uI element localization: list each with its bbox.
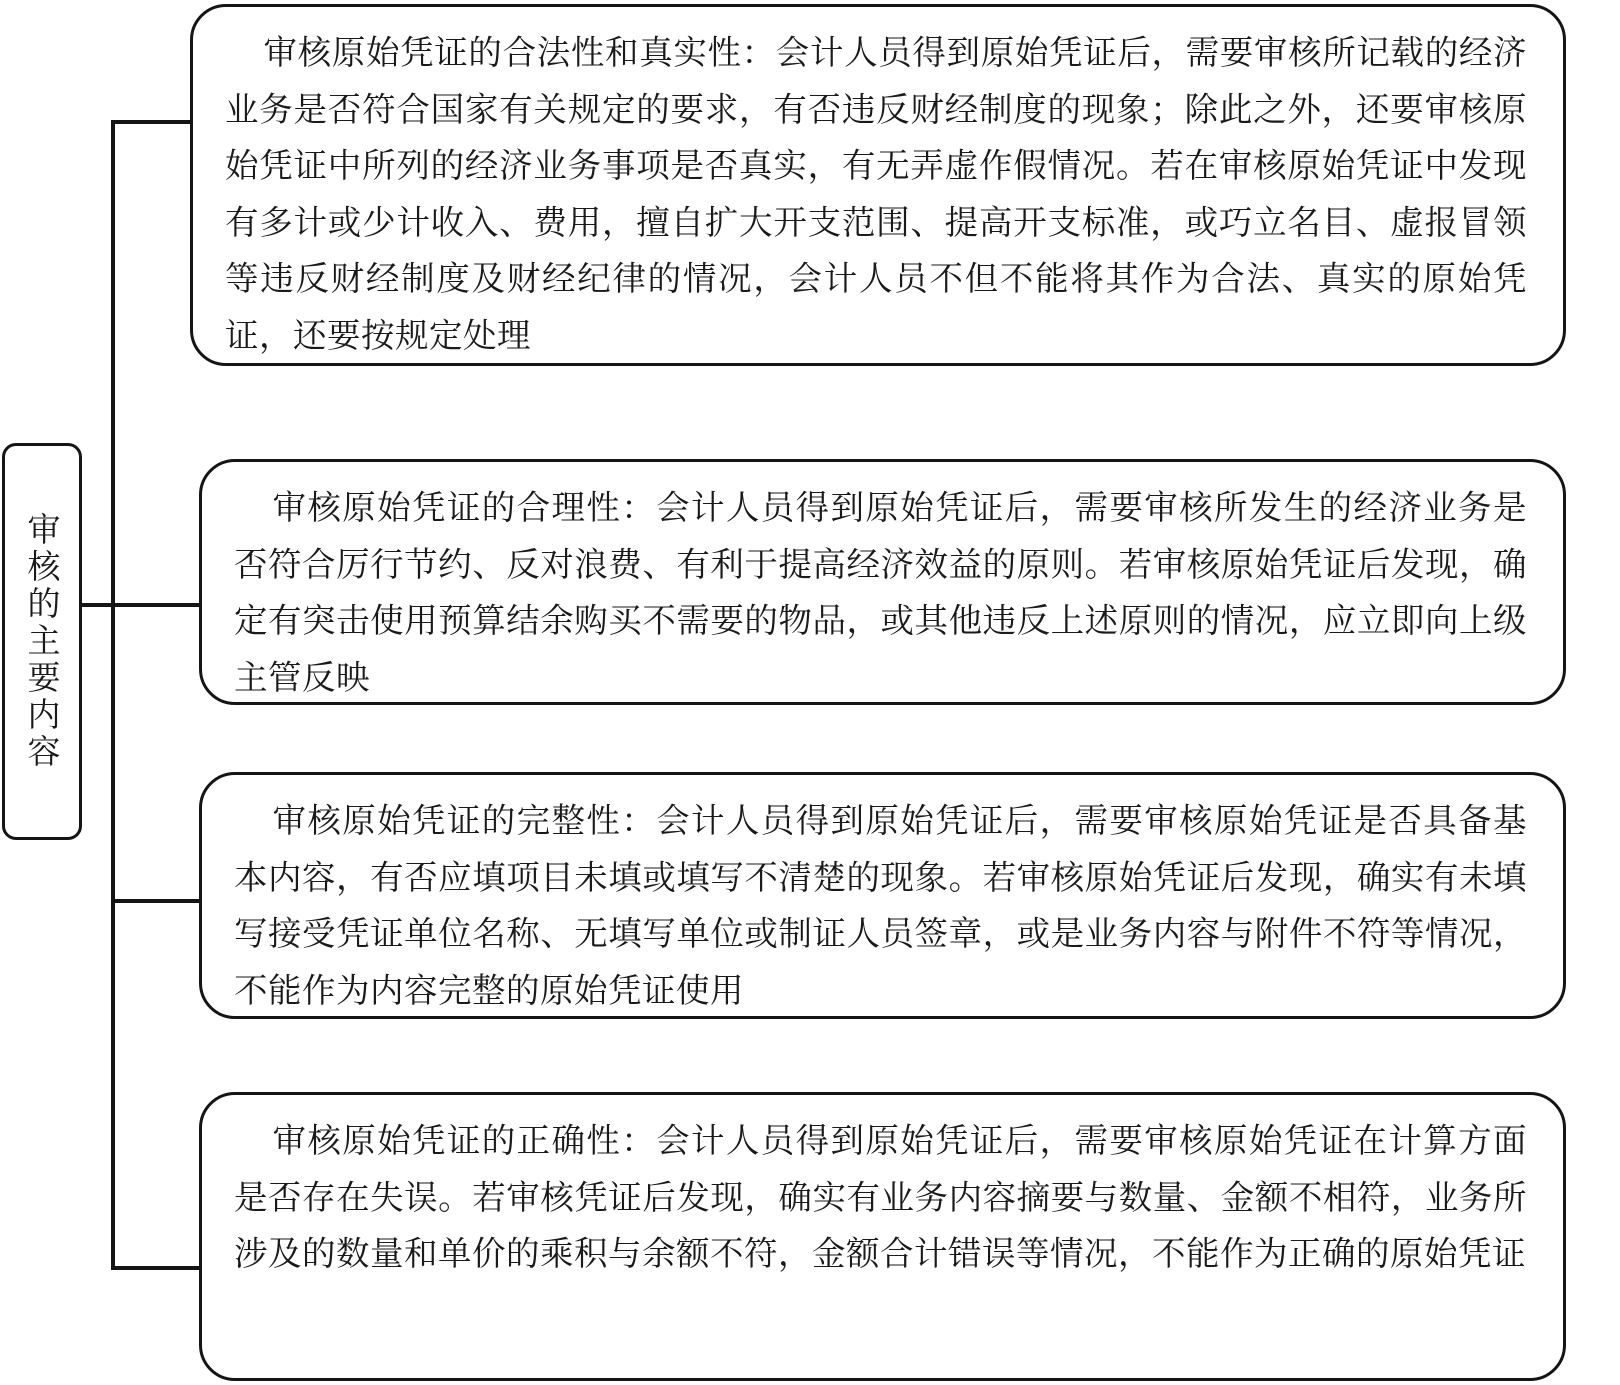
root-node: 审核的主要内容 — [2, 443, 82, 840]
bracket-vertical-line — [111, 120, 115, 1270]
branch-text-legality: 审核原始凭证的合法性和真实性：会计人员得到原始凭证后，需要审核所记载的经济业务是… — [225, 25, 1527, 364]
branch-text-correctness: 审核原始凭证的正确性：会计人员得到原始凭证后，需要审核原始凭证在计算方面是否存在… — [234, 1113, 1527, 1283]
branch-node-rationality: 审核原始凭证的合理性：会计人员得到原始凭证后，需要审核所发生的经济业务是否符合厉… — [199, 459, 1566, 705]
branch-node-completeness: 审核原始凭证的完整性：会计人员得到原始凭证后，需要审核原始凭证是否具备基本内容，… — [199, 772, 1566, 1019]
root-label: 审核的主要内容 — [26, 512, 59, 771]
root-connector — [82, 603, 202, 607]
branch-connector-3 — [111, 899, 203, 903]
branch-text-completeness: 审核原始凭证的完整性：会计人员得到原始凭证后，需要审核原始凭证是否具备基本内容，… — [234, 793, 1527, 1019]
branch-connector-4 — [111, 1266, 203, 1270]
branch-node-legality: 审核原始凭证的合法性和真实性：会计人员得到原始凭证后，需要审核所记载的经济业务是… — [190, 4, 1566, 366]
branch-text-rationality: 审核原始凭证的合理性：会计人员得到原始凭证后，需要审核所发生的经济业务是否符合厉… — [234, 480, 1527, 706]
branch-node-correctness: 审核原始凭证的正确性：会计人员得到原始凭证后，需要审核原始凭证在计算方面是否存在… — [199, 1092, 1566, 1381]
branch-connector-1 — [111, 120, 195, 124]
